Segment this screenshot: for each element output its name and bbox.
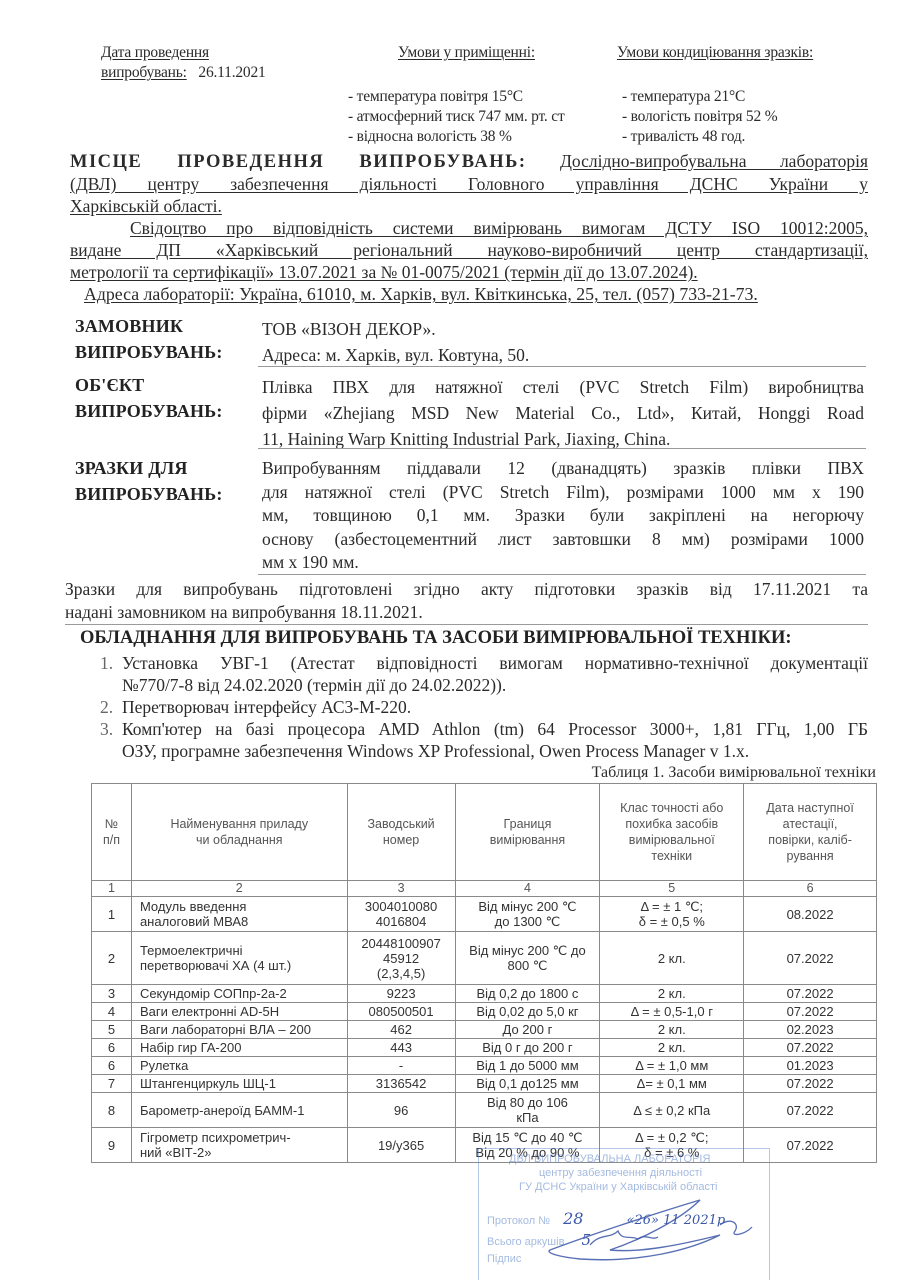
test-date-label-line1: Дата проведення [101, 43, 266, 63]
customer-label: ЗАМОВНИК ВИПРОБУВАНЬ: [75, 313, 223, 365]
table-header-cell: Дата наступноїатестації,повірки, каліб-р… [744, 784, 877, 881]
serial-number: 3136542 [347, 1075, 455, 1093]
room-condition-item: - температура повітря 15°С [348, 87, 565, 107]
measurement-range: Від 0,2 до 1800 с [455, 985, 600, 1003]
accuracy-class: 2 кл. [600, 985, 744, 1003]
next-calibration-date: 02.2023 [744, 1021, 877, 1039]
customer-details: ТОВ «ВІЗОН ДЕКОР». Адреса: м. Харків, ву… [262, 316, 529, 368]
table-row: 5Ваги лабораторні ВЛА – 200462До 200 г2 … [92, 1021, 877, 1039]
next-calibration-date: 07.2022 [744, 1003, 877, 1021]
stamp-header-line2: центру забезпечення діяльності [539, 1167, 702, 1179]
serial-number: 443 [347, 1039, 455, 1057]
row-number: 7 [92, 1075, 132, 1093]
table-row: 6Набір гир ГА-200443Від 0 г до 200 г2 кл… [92, 1039, 877, 1057]
table-column-number: 4 [455, 881, 600, 897]
row-number: 6 [92, 1057, 132, 1075]
equipment-item: 3. Комп'ютер на базі процесора AMD Athlo… [100, 718, 868, 762]
measurement-range: Від мінус 200 ℃до 1300 ℃ [455, 897, 600, 932]
next-calibration-date: 07.2022 [744, 985, 877, 1003]
test-location-label: МІСЦЕ ПРОВЕДЕННЯ ВИПРОБУВАНЬ: [70, 152, 527, 172]
divider [65, 624, 868, 625]
object-details: Плівка ПВХ для натяжної стелі (PVC Stret… [262, 374, 864, 452]
device-name: Штангенциркуль ШЦ-1 [131, 1075, 347, 1093]
test-date-value: 26.11.2021 [198, 64, 265, 81]
customer-address: Адреса: м. Харків, вул. Ковтуна, 50. [262, 342, 529, 368]
device-name: Ваги електронні AD-5H [131, 1003, 347, 1021]
test-location-line3: Харківській області. [70, 195, 868, 217]
serial-number: 9223 [347, 985, 455, 1003]
equipment-item-number: 1. [100, 652, 122, 696]
table-column-number: 1 [92, 881, 132, 897]
device-name: Термоелектричніперетворювачі ХА (4 шт.) [131, 932, 347, 985]
row-number: 4 [92, 1003, 132, 1021]
measurement-range: Від 80 до 106кПа [455, 1093, 600, 1128]
accuracy-class: Δ = ± 0,5-1,0 г [600, 1003, 744, 1021]
table-row: 1Модуль введенняаналоговий МВА8300401008… [92, 897, 877, 932]
equipment-item: 1. Установка УВГ-1 (Атестат відповідност… [100, 652, 868, 696]
table-column-number: 6 [744, 881, 877, 897]
table-column-number: 3 [347, 881, 455, 897]
device-name: Ваги лабораторні ВЛА – 200 [131, 1021, 347, 1039]
table-row: 3Секундомір СОПпр-2а-29223Від 0,2 до 180… [92, 985, 877, 1003]
serial-number: 462 [347, 1021, 455, 1039]
device-name: Гігрометр психрометрич-ний «ВІТ-2» [131, 1128, 347, 1163]
certificate-line2: видане ДП «Харківський регіональний наук… [70, 239, 868, 261]
serial-number: 19/у365 [347, 1128, 455, 1163]
room-condition-item: - відносна вологість 38 % [348, 127, 565, 147]
row-number: 9 [92, 1128, 132, 1163]
table-column-number: 5 [600, 881, 744, 897]
table-caption: Таблиця 1. Засоби вимірювальної техніки [592, 762, 876, 784]
measurement-range: Від 0,1 до125 мм [455, 1075, 600, 1093]
accuracy-class: 2 кл. [600, 932, 744, 985]
conditioning-title: Умови кондиціювання зразків: [617, 43, 813, 63]
table-header-cell: Границявимірювання [455, 784, 600, 881]
test-date-block: Дата проведення випробувань: 26.11.2021 [101, 43, 266, 83]
samples-line4: основу (азбестоцементний лист завтовшки … [262, 528, 864, 552]
equipment-item-number: 3. [100, 718, 122, 762]
serial-number: 30040100804016804 [347, 897, 455, 932]
equipment-item-line1: Комп'ютер на базі процесора AMD Athlon (… [122, 718, 868, 740]
stamp-header-line3: ГУ ДСНС України у Харківській області [519, 1181, 717, 1193]
room-condition-item: - атмосферний тиск 747 мм. рт. ст [348, 107, 565, 127]
measurement-range: До 200 г [455, 1021, 600, 1039]
next-calibration-date: 07.2022 [744, 1093, 877, 1128]
measurement-range: Від 0,02 до 5,0 кг [455, 1003, 600, 1021]
measurement-range: Від 1 до 5000 мм [455, 1057, 600, 1075]
measurement-equipment-table: №п/пНайменування приладучи обладнанняЗав… [91, 783, 877, 1163]
row-number: 1 [92, 897, 132, 932]
serial-number: 96 [347, 1093, 455, 1128]
table-column-numbers-row: 123456 [92, 881, 877, 897]
samples-line5: мм х 190 мм. [262, 551, 864, 575]
device-name: Барометр-анероїд БАММ-1 [131, 1093, 347, 1128]
lab-address: Адреса лабораторії: Україна, 61010, м. Х… [70, 283, 868, 305]
samples-prep-line2: надані замовником на випробування 18.11.… [65, 601, 868, 624]
device-name: Секундомір СОПпр-2а-2 [131, 985, 347, 1003]
customer-label-line1: ЗАМОВНИК [75, 313, 223, 339]
samples-preparation: Зразки для випробувань підготовлені згід… [65, 578, 868, 624]
signature-icon [530, 1195, 760, 1265]
equipment-item-line1: Перетворювач інтерфейсу АС3-М-220. [122, 696, 868, 718]
next-calibration-date: 07.2022 [744, 932, 877, 985]
table-row: 7Штангенциркуль ШЦ-13136542Від 0,1 до125… [92, 1075, 877, 1093]
row-number: 2 [92, 932, 132, 985]
test-date-label-line2: випробувань: [101, 64, 187, 81]
stamp-signature-label: Підпис [487, 1253, 521, 1265]
next-calibration-date: 01.2023 [744, 1057, 877, 1075]
table-row: 6Рулетка-Від 1 до 5000 ммΔ = ± 1,0 мм01.… [92, 1057, 877, 1075]
accuracy-class: 2 кл. [600, 1021, 744, 1039]
accuracy-class: Δ = ± 1,0 мм [600, 1057, 744, 1075]
samples-prep-line1: Зразки для випробувань підготовлені згід… [65, 578, 868, 601]
certificate-line1: Свідоцтво про відповідність системи вимі… [70, 217, 868, 239]
table-row: 2Термоелектричніперетворювачі ХА (4 шт.)… [92, 932, 877, 985]
object-label-line2: ВИПРОБУВАНЬ: [75, 398, 223, 424]
equipment-item-number: 2. [100, 696, 122, 718]
serial-number: - [347, 1057, 455, 1075]
table-header-row: №п/пНайменування приладучи обладнанняЗав… [92, 784, 877, 881]
table-header-cell: Клас точності абопохибка засобіввимірюва… [600, 784, 744, 881]
table-row: 8Барометр-анероїд БАММ-196Від 80 до 106к… [92, 1093, 877, 1128]
divider [258, 366, 866, 367]
object-label-line1: ОБ'ЄКТ [75, 372, 223, 398]
room-conditions-list: - температура повітря 15°С - атмосферний… [348, 87, 565, 147]
row-number: 6 [92, 1039, 132, 1057]
test-location-line1: Дослідно-випробувальна лабораторія [560, 151, 868, 171]
certificate-line3: метрології та сертифікації» 13.07.2021 з… [70, 261, 868, 283]
equipment-title: ОБЛАДНАННЯ ДЛЯ ВИПРОБУВАНЬ ТА ЗАСОБИ ВИМ… [80, 628, 792, 649]
equipment-item-line2: ОЗУ, програмне забезпечення Windows XP P… [122, 740, 868, 762]
stamp-header-line1: ДВЛ ВИПРОБУВАЛЬНА ЛАБОРАТОРІЯ [509, 1153, 710, 1165]
table-header-cell: Заводськийномер [347, 784, 455, 881]
object-line2: фірми «Zhejiang MSD New Material Co., Lt… [262, 400, 864, 426]
divider [258, 448, 866, 449]
divider [258, 574, 866, 575]
accuracy-class: 2 кл. [600, 1039, 744, 1057]
next-calibration-date: 08.2022 [744, 897, 877, 932]
samples-details: Випробуванням піддавали 12 (дванадцять) … [262, 457, 864, 575]
row-number: 5 [92, 1021, 132, 1039]
object-label: ОБ'ЄКТ ВИПРОБУВАНЬ: [75, 372, 223, 424]
serial-number: 2044810090745912(2,3,4,5) [347, 932, 455, 985]
table-column-number: 2 [131, 881, 347, 897]
object-line1: Плівка ПВХ для натяжної стелі (PVC Stret… [262, 374, 864, 400]
equipment-list: 1. Установка УВГ-1 (Атестат відповідност… [100, 652, 868, 762]
accuracy-class: Δ = ± 1 ℃;δ = ± 0,5 % [600, 897, 744, 932]
equipment-item-line2: №770/7-8 від 24.02.2020 (термін дії до 2… [122, 674, 868, 696]
serial-number: 080500501 [347, 1003, 455, 1021]
row-number: 8 [92, 1093, 132, 1128]
test-location-section: МІСЦЕ ПРОВЕДЕННЯ ВИПРОБУВАНЬ: Дослідно-в… [70, 150, 868, 305]
device-name: Рулетка [131, 1057, 347, 1075]
samples-line3: мм, товщиною 0,1 мм. Зразки були закріпл… [262, 504, 864, 528]
samples-label-line1: ЗРАЗКИ ДЛЯ [75, 455, 223, 481]
conditioning-item: - тривалість 48 год. [622, 127, 777, 147]
equipment-item-line1: Установка УВГ-1 (Атестат відповідності в… [122, 652, 868, 674]
samples-line2: для натяжної стелі (PVC Stretch Film), р… [262, 481, 864, 505]
measurement-range: Від 0 г до 200 г [455, 1039, 600, 1057]
equipment-item: 2. Перетворювач інтерфейсу АС3-М-220. [100, 696, 868, 718]
room-conditions-title: Умови у приміщенні: [398, 43, 535, 63]
device-name: Модуль введенняаналоговий МВА8 [131, 897, 347, 932]
accuracy-class: Δ= ± 0,1 мм [600, 1075, 744, 1093]
row-number: 3 [92, 985, 132, 1003]
measurement-range: Від мінус 200 ℃ до800 ℃ [455, 932, 600, 985]
next-calibration-date: 07.2022 [744, 1039, 877, 1057]
conditioning-item: - вологість повітря 52 % [622, 107, 777, 127]
samples-label: ЗРАЗКИ ДЛЯ ВИПРОБУВАНЬ: [75, 455, 223, 507]
samples-line1: Випробуванням піддавали 12 (дванадцять) … [262, 457, 864, 481]
table-row: 4Ваги електронні AD-5H080500501Від 0,02 … [92, 1003, 877, 1021]
conditioning-item: - температура 21°С [622, 87, 777, 107]
test-location-line2: (ДВЛ) центру забезпечення діяльності Гол… [70, 173, 868, 195]
samples-label-line2: ВИПРОБУВАНЬ: [75, 481, 223, 507]
device-name: Набір гир ГА-200 [131, 1039, 347, 1057]
next-calibration-date: 07.2022 [744, 1075, 877, 1093]
customer-name: ТОВ «ВІЗОН ДЕКОР». [262, 316, 529, 342]
accuracy-class: Δ ≤ ± 0,2 кПа [600, 1093, 744, 1128]
conditioning-list: - температура 21°С - вологість повітря 5… [622, 87, 777, 147]
table-header-cell: Найменування приладучи обладнання [131, 784, 347, 881]
table-header-cell: №п/п [92, 784, 132, 881]
customer-label-line2: ВИПРОБУВАНЬ: [75, 339, 223, 365]
